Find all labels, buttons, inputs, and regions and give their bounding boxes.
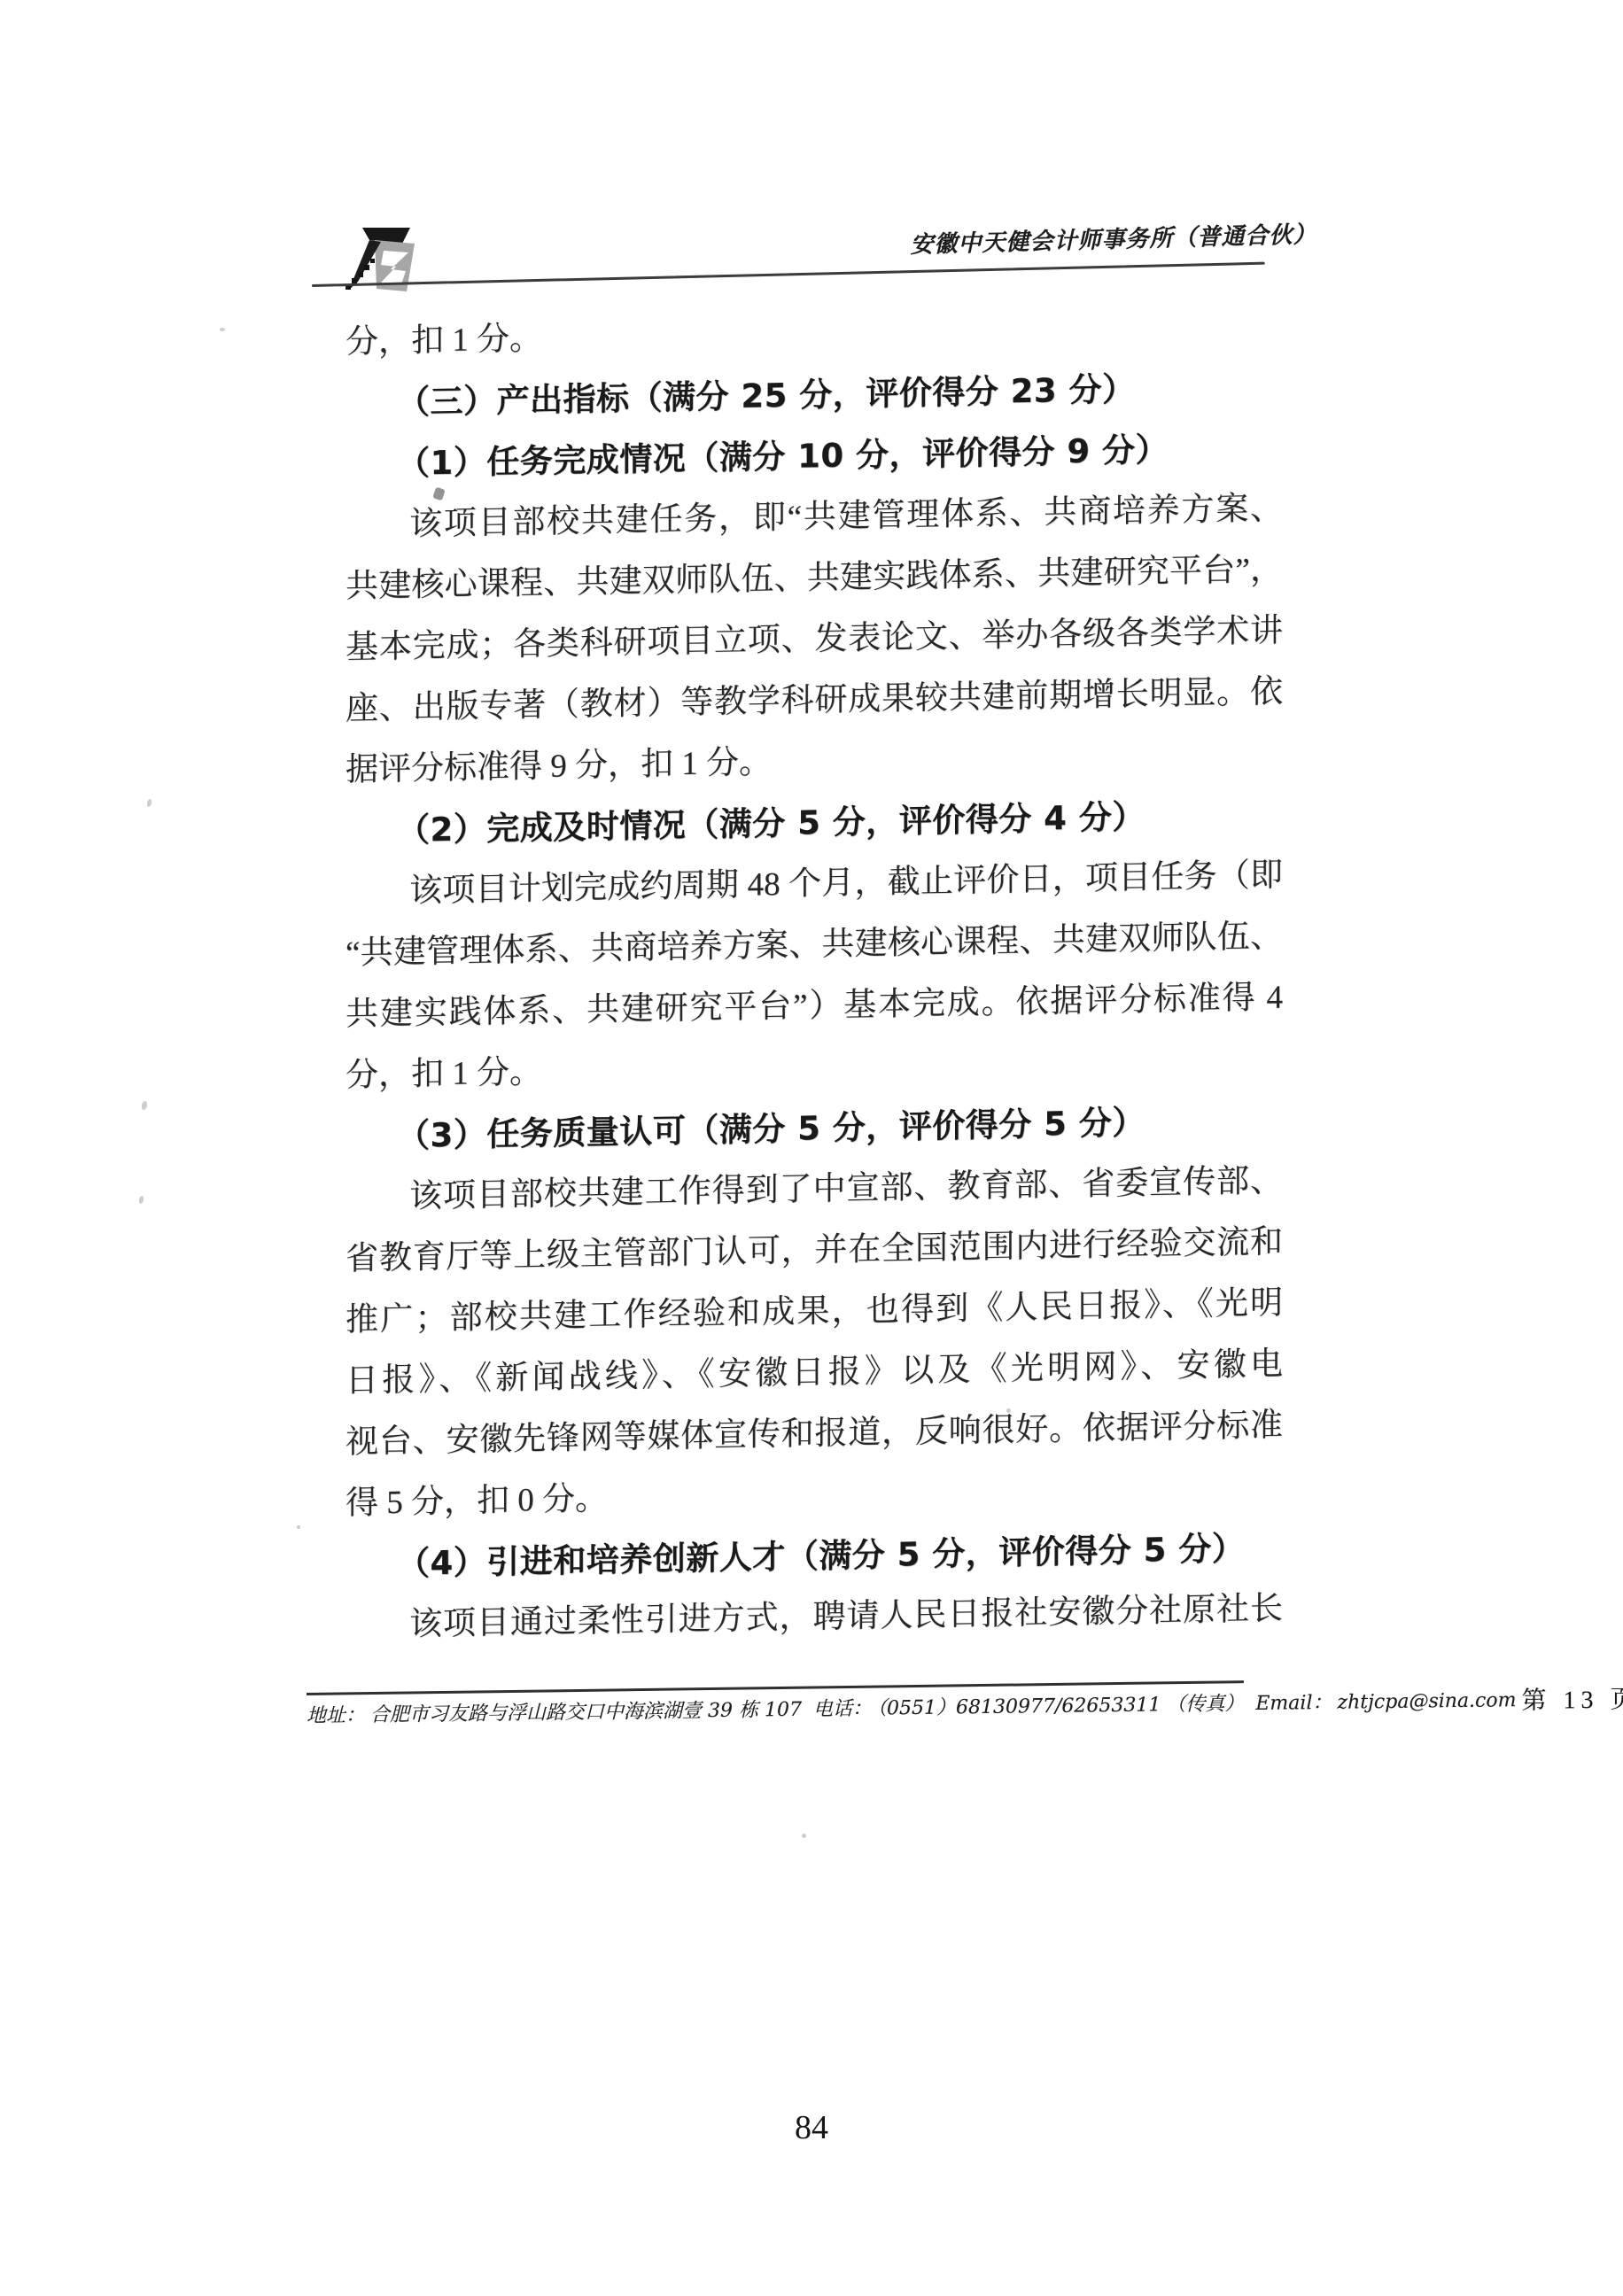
fax-note: （传真）	[1166, 1693, 1244, 1716]
footer-contact-info: 地址：合肥市习友路与浮山路交口中海滨湖壹 39 栋 107 电话：（0551）6…	[307, 1681, 1521, 1728]
address-value: 合肥市习友路与浮山路交口中海滨湖壹 39 栋 107	[370, 1699, 802, 1726]
email-label: Email：	[1255, 1692, 1332, 1715]
scan-speck	[802, 1834, 806, 1838]
footer-page-label: 第 13 页	[1521, 1679, 1623, 1717]
scan-speck	[138, 1196, 144, 1205]
scan-speck	[146, 799, 152, 808]
scanned-document-page: 安徽中天健会计师事务所（普通合伙） 分，扣 1 分。（三）产出指标（满分 25 …	[0, 0, 1623, 2296]
phone-label: 电话：	[813, 1698, 872, 1721]
address-label: 地址：	[307, 1704, 365, 1727]
company-name: 安徽中天健会计师事务所（普通合伙）	[910, 216, 1317, 260]
page-number: 84	[0, 2108, 1623, 2147]
scan-speck	[220, 328, 225, 331]
document-body: 分，扣 1 分。（三）产出指标（满分 25 分，评价得分 23 分）（1）任务完…	[346, 295, 1283, 1656]
email-value: zhtjcpa@sina.com	[1338, 1689, 1517, 1714]
scan-speck	[1006, 1408, 1011, 1413]
scan-speck	[141, 1100, 148, 1110]
header-rule	[312, 262, 1265, 287]
scan-speck	[297, 1525, 300, 1529]
phone-value: （0551）68130977/62653311	[877, 1694, 1161, 1719]
